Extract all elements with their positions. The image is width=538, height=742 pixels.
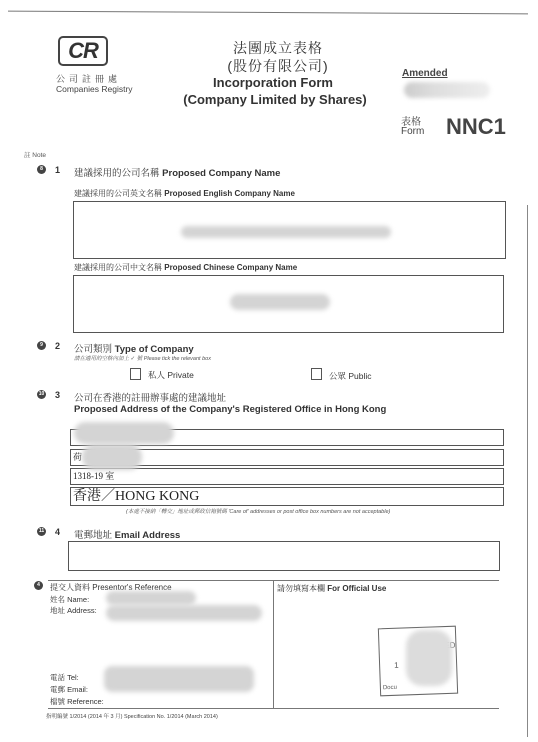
redacted-address [74,422,174,444]
label-en: Proposed Chinese Company Name [164,263,297,272]
redacted-contact [104,666,254,692]
form-title-en: Incorporation Form [168,75,378,90]
redacted-value [230,294,330,310]
redacted-address [82,444,142,470]
presentor-email-label: 電郵 Email: [50,684,88,695]
logo-english-text: Companies Registry [56,84,133,94]
redacted-address [106,605,262,621]
section-number: 3 [55,390,60,400]
bottom-table-bottom-rule [48,708,499,709]
heading-en: For Official Use [327,584,386,593]
chinese-name-field[interactable] [73,275,504,333]
stamp-text: Docu [383,685,397,691]
chinese-name-label: 建議採用的公司中文名稱 Proposed Chinese Company Nam… [74,262,297,273]
address-footnote: (本處不接納「轉交」地址或郵政信箱號碼 'Care of' addresses … [126,507,390,515]
section-number: 2 [55,341,60,351]
note-column-label: 註 Note [24,150,46,159]
logo-mark: CR [68,38,98,64]
english-name-field[interactable] [73,201,506,259]
public-checkbox[interactable] [311,368,322,380]
heading-cn: 請勿填寫本欄 [277,584,325,593]
heading-cn: 電郵地址 [74,530,112,541]
presentor-tel-label: 電話 Tel: [50,672,79,683]
page-top-edge [8,11,528,15]
redacted-stamp [406,630,452,686]
form-subtitle-cn: (股份有限公司) [178,56,378,76]
email-address-field[interactable] [68,541,500,571]
section-4-heading: 電郵地址 Email Address [74,527,180,541]
private-checkbox[interactable] [130,368,141,380]
heading-en: Email Address [115,530,181,541]
note-ref-badge: 9 [37,341,46,350]
public-label: 公眾 Public [329,370,372,382]
english-name-label: 建議採用的公司英文名稱 Proposed English Company Nam… [74,188,295,199]
specification-number: 指明編號 1/2014 (2014 年 3 月) Specification N… [46,712,218,720]
amended-redacted [404,82,490,98]
tick-instruction: 請在適用的空格內加上 ✓ 號 Please tick the relevant … [74,354,211,362]
redacted-value [181,226,391,238]
note-ref-badge: 11 [37,527,46,536]
stamp-text: 1 [394,661,399,670]
heading-en: Proposed Company Name [162,168,280,179]
page-right-edge [527,205,528,737]
presentor-address-label: 地址 Address: [50,605,97,616]
form-title-cn: 法團成立表格 [178,38,378,58]
heading-cn: 提交人資料 [50,583,90,592]
note-ref-badge: 4 [34,581,43,590]
heading-en: Proposed Address of the Company's Regist… [74,404,386,415]
presentor-name-label: 姓名 Name: [50,594,89,605]
label-cn: 建議採用的公司中文名稱 [74,263,162,272]
note-ref-badge: 8 [37,165,46,174]
presentor-reference-label: 檔號 Reference: [50,696,104,707]
address-line-3[interactable]: 1318-19 室 [70,468,504,485]
official-use-heading: 請勿填寫本欄 For Official Use [277,583,386,594]
private-label: 私人 Private [148,369,194,381]
heading-cn: 建議採用的公司名稱 [74,168,160,179]
label-cn: 建議採用的公司英文名稱 [74,189,162,198]
section-1-heading: 建議採用的公司名稱 Proposed Company Name [74,165,280,179]
form-label-en: Form [401,126,424,137]
bottom-table-divider [273,580,274,708]
section-number: 4 [55,527,60,537]
section-3-heading-en: Proposed Address of the Company's Regist… [74,404,386,415]
label-en: Proposed English Company Name [164,189,295,198]
section-2-heading: 公司類別 Type of Company [74,341,194,355]
form-code: NNC1 [446,114,506,140]
section-number: 1 [55,165,60,175]
form-subtitle-en: (Company Limited by Shares) [160,92,390,107]
companies-registry-logo: CR [58,36,108,66]
note-ref-badge: 10 [37,390,46,399]
section-3-heading-cn: 公司在香港的註冊辦事處的建議地址 [74,390,226,404]
redacted-name [106,591,196,605]
amended-label: Amended [402,68,448,79]
address-line-4[interactable]: 香港／HONG KONG [70,487,504,506]
